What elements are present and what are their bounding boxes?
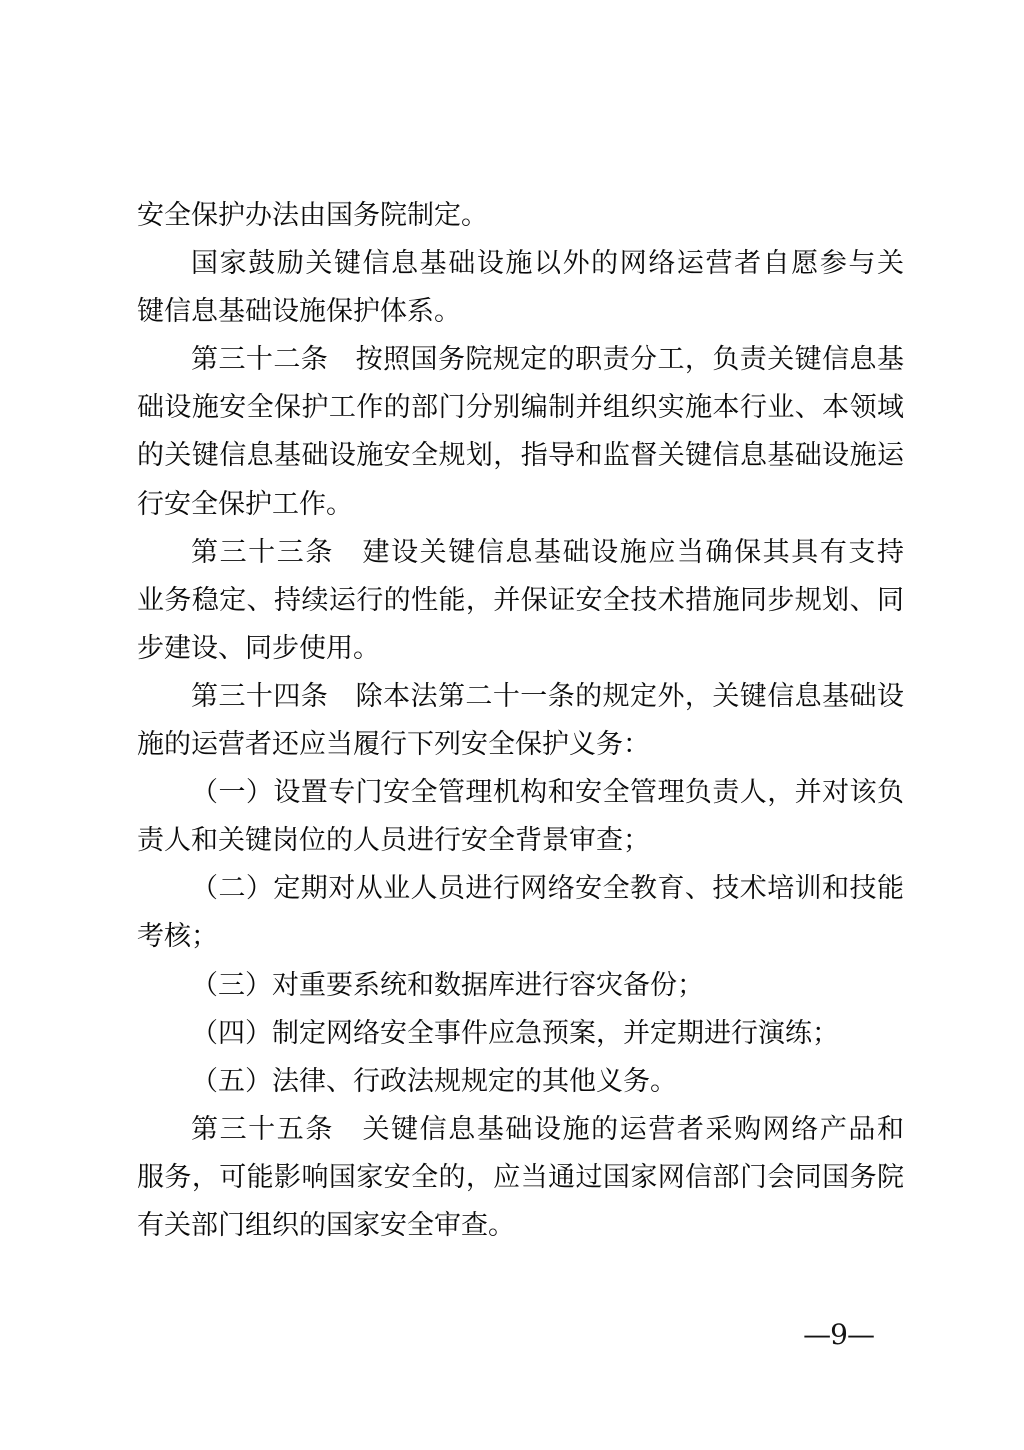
page-number: —9— xyxy=(803,1318,874,1351)
text-line: （三）对重要系统和数据库进行容灾备份； xyxy=(137,961,904,1009)
text-line: （二）定期对从业人员进行网络安全教育、技术培训和技能 xyxy=(137,864,904,912)
text-line: 第三十四条 除本法第二十一条的规定外，关键信息基础设 xyxy=(137,672,904,720)
text-line: 考核； xyxy=(137,912,904,960)
text-line: 服务，可能影响国家安全的，应当通过国家网信部门会同国务院 xyxy=(137,1153,904,1201)
text-line: 第三十二条 按照国务院规定的职责分工，负责关键信息基 xyxy=(137,335,904,383)
document-page: 安全保护办法由国务院制定。国家鼓励关键信息基础设施以外的网络运营者自愿参与关键信… xyxy=(0,0,1024,1450)
text-line: 的关键信息基础设施安全规划，指导和监督关键信息基础设施运 xyxy=(137,431,904,479)
text-line: 安全保护办法由国务院制定。 xyxy=(137,191,904,239)
text-line: 业务稳定、持续运行的性能，并保证安全技术措施同步规划、同 xyxy=(137,576,904,624)
text-line: 行安全保护工作。 xyxy=(137,480,904,528)
text-line: 国家鼓励关键信息基础设施以外的网络运营者自愿参与关 xyxy=(137,239,904,287)
text-line: 第三十五条 关键信息基础设施的运营者采购网络产品和 xyxy=(137,1105,904,1153)
text-line: （五）法律、行政法规规定的其他义务。 xyxy=(137,1057,904,1105)
text-line: （一）设置专门安全管理机构和安全管理负责人，并对该负 xyxy=(137,768,904,816)
text-line: （四）制定网络安全事件应急预案，并定期进行演练； xyxy=(137,1009,904,1057)
document-body: 安全保护办法由国务院制定。国家鼓励关键信息基础设施以外的网络运营者自愿参与关键信… xyxy=(137,191,904,1249)
text-line: 责人和关键岗位的人员进行安全背景审查； xyxy=(137,816,904,864)
text-line: 键信息基础设施保护体系。 xyxy=(137,287,904,335)
text-line: 础设施安全保护工作的部门分别编制并组织实施本行业、本领域 xyxy=(137,383,904,431)
text-line: 施的运营者还应当履行下列安全保护义务： xyxy=(137,720,904,768)
text-line: 步建设、同步使用。 xyxy=(137,624,904,672)
text-line: 第三十三条 建设关键信息基础设施应当确保其具有支持 xyxy=(137,528,904,576)
text-line: 有关部门组织的国家安全审查。 xyxy=(137,1201,904,1249)
